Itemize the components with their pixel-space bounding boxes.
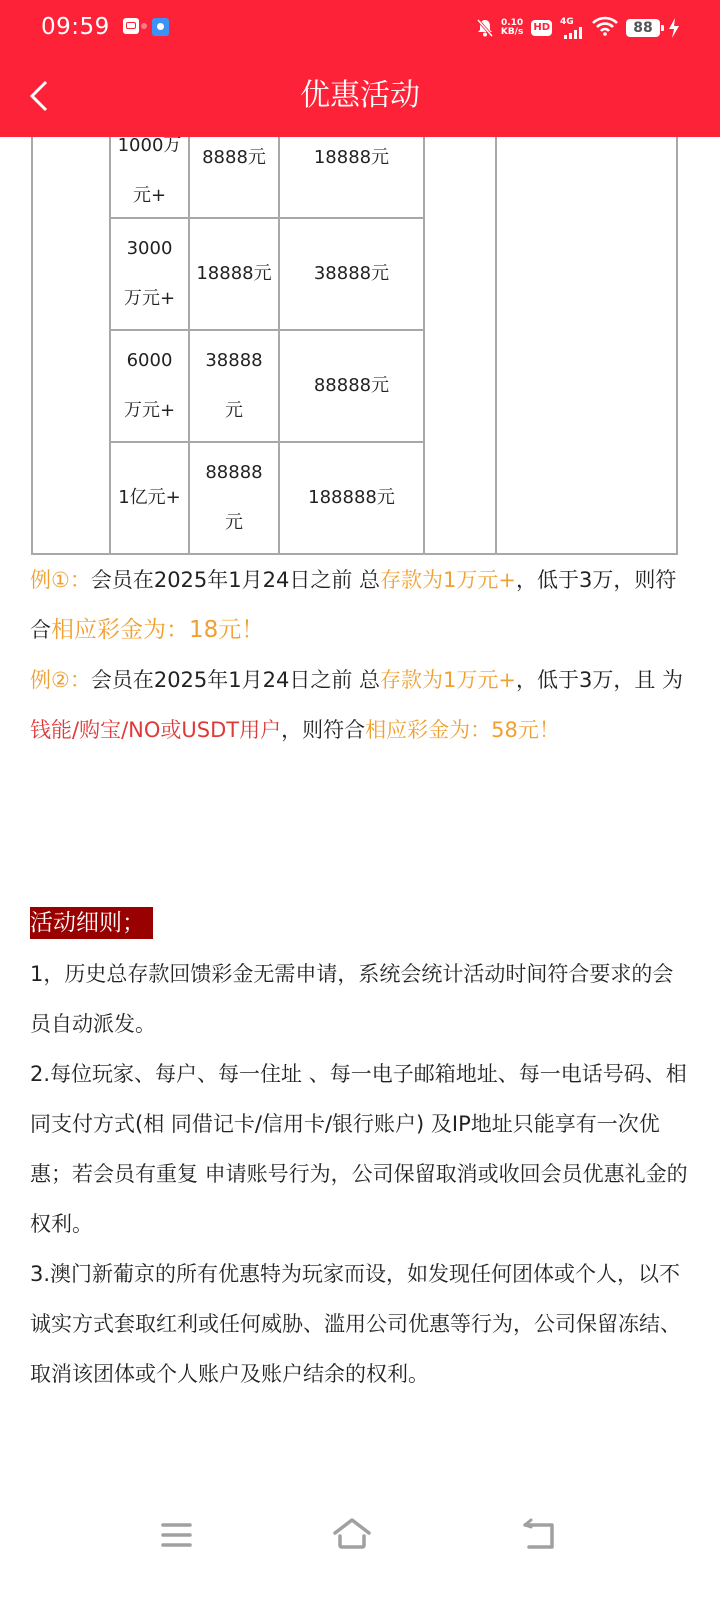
- home-button[interactable]: [333, 1517, 373, 1557]
- example-2: 例②：会员在2025年1月24日之前 总存款为1万元+，低于3万，且 为钱能/购…: [30, 655, 690, 755]
- cellular-signal-icon: 4G: [560, 17, 584, 39]
- table-cell-bonus: 88888元: [279, 330, 424, 442]
- table-cell-bonus: 38888元: [189, 330, 279, 442]
- back-nav-button[interactable]: [517, 1517, 557, 1557]
- table-cell-bonus: 88888元: [189, 442, 279, 554]
- bell-muted-icon: [477, 18, 493, 38]
- table-cell-deposit: 1亿元+: [110, 442, 189, 554]
- system-navigation-bar: [0, 1507, 720, 1600]
- rule-item: 2.每位玩家、每户、每一住址 、每一电子邮箱地址、每一电话号码、相同支付方式(相…: [30, 1049, 690, 1249]
- table-cell-empty: [424, 137, 496, 554]
- table-row: 1000万元+ 8888元 18888元: [32, 137, 677, 218]
- app-header: 优惠活动: [0, 56, 720, 137]
- notification-app-icon: [123, 18, 139, 34]
- rule-item: 3.澳门新葡京的所有优惠特为玩家而设，如发现任何团体或个人，以不诚实方式套取红利…: [30, 1249, 690, 1399]
- table-cell-deposit: 3000万元+: [110, 218, 189, 330]
- hd-icon: HD: [531, 20, 552, 36]
- back-icon: [517, 1517, 557, 1557]
- rule-item: 1，历史总存款回馈彩金无需申请，系统会统计活动时间符合要求的会员自动派发。: [30, 949, 690, 1049]
- status-icons: 0.10 KB/s HD 4G 88: [477, 14, 680, 42]
- table-cell-bonus: 18888元: [189, 218, 279, 330]
- charging-icon: [668, 18, 680, 38]
- table-cell-bonus: 38888元: [279, 218, 424, 330]
- table-cell-bonus: 18888元: [279, 137, 424, 218]
- battery-icon: 88: [626, 19, 660, 37]
- network-speed: 0.10 KB/s: [501, 19, 523, 37]
- table-cell-empty: [496, 137, 677, 554]
- page-title: 优惠活动: [0, 76, 720, 116]
- home-icon: [333, 1517, 373, 1557]
- status-time: 09:59: [41, 14, 110, 40]
- example-1: 例①：会员在2025年1月24日之前 总存款为1万元+，低于3万，则符合相应彩金…: [30, 555, 690, 655]
- table-cell-deposit: 6000万元+: [110, 330, 189, 442]
- table-cell-deposit: 1000万元+: [110, 137, 189, 218]
- menu-button[interactable]: [157, 1517, 197, 1557]
- table-cell-empty: [32, 137, 110, 554]
- table-cell-bonus: 188888元: [279, 442, 424, 554]
- wifi-icon: [592, 16, 618, 40]
- notification-dot-icon: [141, 23, 147, 29]
- menu-icon: [157, 1517, 197, 1557]
- notification-app2-icon: [152, 18, 169, 36]
- promotion-content[interactable]: 1000万元+ 8888元 18888元 3000万元+ 18888元 3888…: [0, 137, 720, 1507]
- status-bar: 09:59 0.10 KB/s HD 4G 88: [0, 0, 720, 56]
- bonus-table: 1000万元+ 8888元 18888元 3000万元+ 18888元 3888…: [31, 137, 678, 555]
- table-cell-bonus: 8888元: [189, 137, 279, 218]
- rules-heading: 活动细则；: [30, 907, 153, 939]
- rules-list: 1，历史总存款回馈彩金无需申请，系统会统计活动时间符合要求的会员自动派发。 2.…: [30, 949, 690, 1399]
